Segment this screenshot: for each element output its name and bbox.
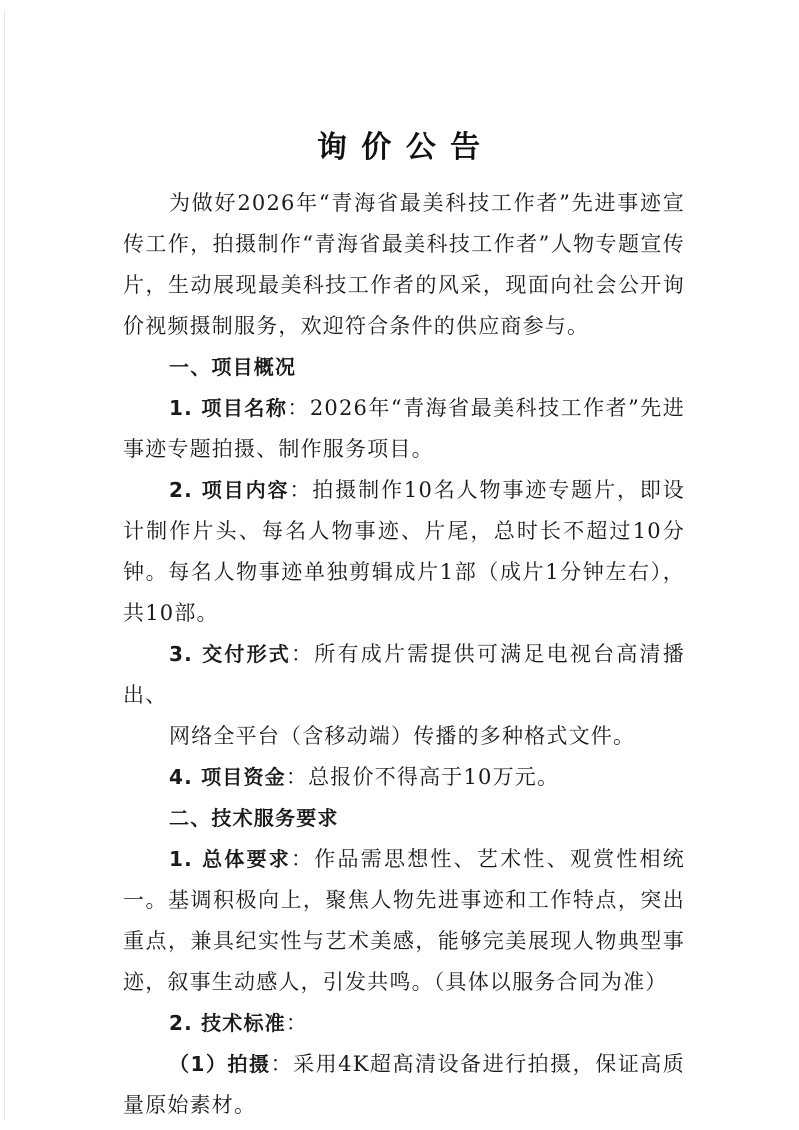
scan-edge-line <box>4 10 5 1120</box>
item-lead: 1. 项目名称 <box>169 396 287 420</box>
item-tech-standards: 2. 技术标准： <box>123 1003 685 1044</box>
section-heading-tech-requirements: 二、技术服务要求 <box>123 798 685 839</box>
item-lead: 2. 项目内容 <box>169 478 289 502</box>
document-body: 为做好2026年“青海省最美科技工作者”先进事迹宣传工作，拍摄制作“青海省最美科… <box>123 183 685 1126</box>
item-project-content: 2. 项目内容：拍摄制作10名人物事迹专题片，即设计制作片头、每名人物事迹、片尾… <box>123 470 685 634</box>
section-heading-project-overview: 一、项目概况 <box>123 347 685 388</box>
item-project-name: 1. 项目名称：2026年“青海省最美科技工作者”先进事迹专题拍摄、制作服务项目… <box>123 388 685 470</box>
item-lead: 2. 技术标准 <box>169 1011 286 1035</box>
item-overall-requirements: 1. 总体要求：作品需思想性、艺术性、观赏性相统一。基调积极向上，聚焦人物先进事… <box>123 839 685 1003</box>
item-lead: 3. 交付形式 <box>169 642 291 666</box>
page-title: 询 价 公 告 <box>0 122 799 166</box>
intro-paragraph: 为做好2026年“青海省最美科技工作者”先进事迹宣传工作，拍摄制作“青海省最美科… <box>123 183 685 347</box>
page-number: 1 <box>0 1053 799 1066</box>
item-lead: 4. 项目资金 <box>169 765 286 789</box>
item-text: ：总报价不得高于10万元。 <box>286 765 559 789</box>
item-project-funds: 4. 项目资金：总报价不得高于10万元。 <box>123 757 685 798</box>
item-delivery-format-continuation: 网络全平台（含移动端）传播的多种格式文件。 <box>123 716 685 757</box>
item-delivery-format: 3. 交付形式：所有成片需提供可满足电视台高清播出、 <box>123 634 685 716</box>
item-text: ： <box>286 1011 308 1035</box>
item-lead: 1. 总体要求 <box>169 847 291 871</box>
